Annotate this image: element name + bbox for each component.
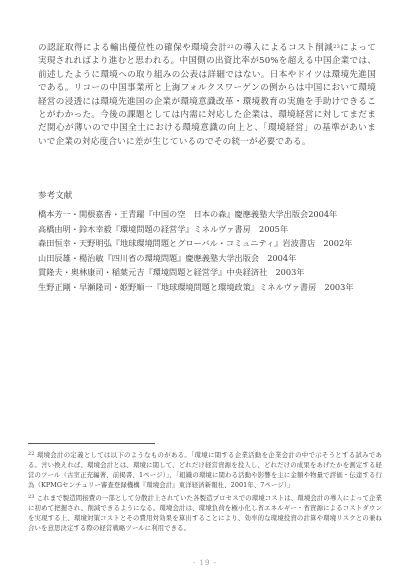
body-paragraph: の認証取得による輸出優位性の確保や環境会計22の導入によるコスト削減23によって… bbox=[38, 42, 376, 149]
footnote-marker: 22 bbox=[28, 451, 35, 457]
footnote-area: 22 環境会計の定義としては以下のようなものがある。「環境に関する企業活動を企業… bbox=[28, 443, 382, 536]
footnote-23: 23 これまで製造間接費の一部として分散計上されていた各製造プロセスでの環境コス… bbox=[28, 493, 382, 533]
reference-item: 森田恒幸・天野明弘『地球環境問題とグローバル・コミュニティ』岩波書店 2002年 bbox=[38, 236, 380, 251]
footnote-reference-22: 22 bbox=[227, 44, 234, 50]
references-list: 橋本芳一・関根嘉香・王青躍『中国の空 日本の森』慶應義塾大学出版会2004年 高… bbox=[38, 207, 380, 295]
reference-item: 貫隆夫・奥林康司・稲葉元吉『環境問題と経営学』中央経済社 2003年 bbox=[38, 265, 380, 280]
body-text-segment: の導入によるコスト削減 bbox=[234, 43, 333, 53]
footnote-reference-23: 23 bbox=[333, 44, 340, 50]
reference-item: 山田辰雄・楊治敏『四川省の環境問題』慶應義塾大学出版会 2004年 bbox=[38, 251, 380, 266]
footnote-separator bbox=[28, 443, 155, 444]
footnote-text: 環境会計の定義としては以下のようなものがある。「環境に関する企業活動を企業会計の… bbox=[28, 451, 382, 489]
footnote-text: これまで製造間接費の一部として分散計上されていた各製造プロセスでの環境コストは、… bbox=[28, 494, 382, 532]
document-page: の認証取得による輸出優位性の確保や環境会計22の導入によるコスト削減23によって… bbox=[0, 0, 410, 580]
page-number: - 19 - bbox=[0, 559, 410, 567]
footnote-22: 22 環境会計の定義としては以下のようなものがある。「環境に関する企業活動を企業… bbox=[28, 450, 382, 490]
reference-item: 生野正剛・早瀬隆司・姫野順一『地球環境問題と環境政策』ミネルヴァ書房 2003年 bbox=[38, 280, 380, 295]
body-text-segment: によって実現されればより進むと思われる。中国側の出資比率が50%を超える中国企業… bbox=[38, 43, 376, 147]
references-heading: 参考文献 bbox=[38, 189, 72, 201]
footnote-marker: 23 bbox=[28, 494, 35, 500]
body-text-segment: の認証取得による輸出優位性の確保や環境会計 bbox=[38, 43, 227, 53]
reference-item: 橋本芳一・関根嘉香・王青躍『中国の空 日本の森』慶應義塾大学出版会2004年 bbox=[38, 207, 380, 222]
reference-item: 高橋由明・鈴木幸毅『環境問題の経営学』ミネルヴァ書房 2005年 bbox=[38, 222, 380, 237]
